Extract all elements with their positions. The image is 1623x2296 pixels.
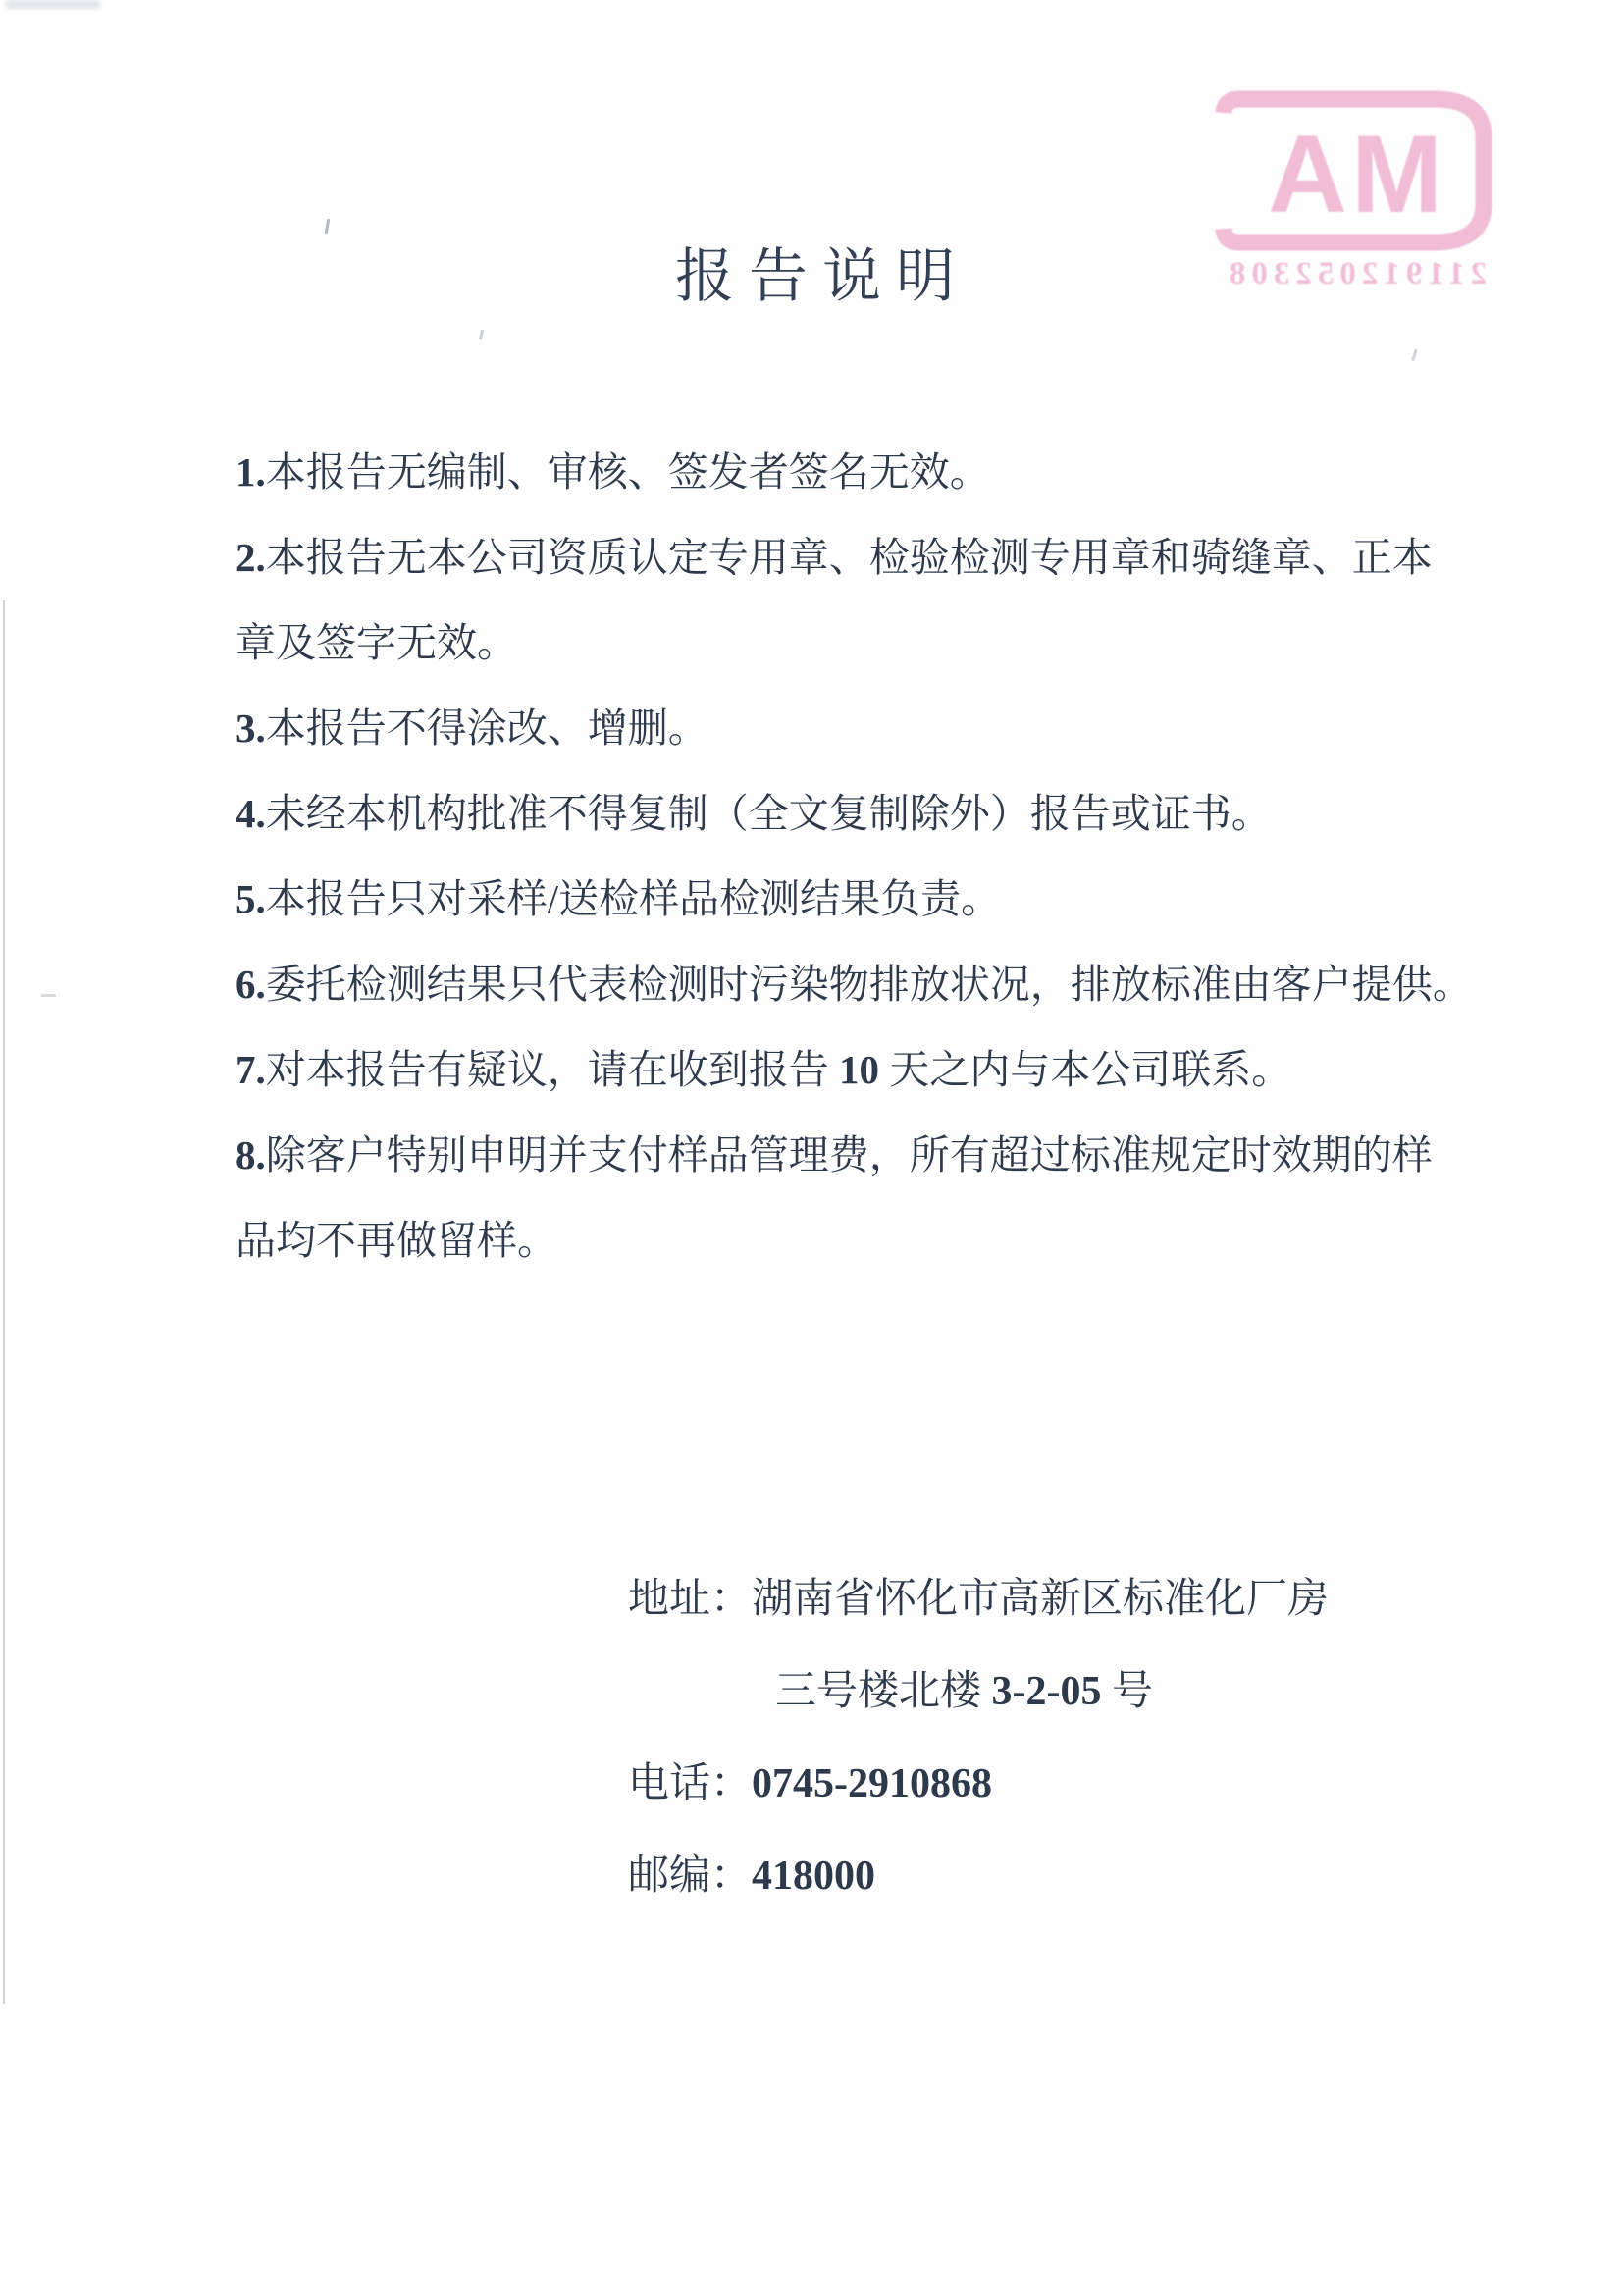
text-segment: 本报告不得涂改、增删。 (266, 705, 708, 751)
text-segment: 3. (236, 705, 266, 751)
note-line: 5.本报告只对采样/送检样品检测结果负责。 (236, 857, 1472, 942)
contact-block: 地址：湖南省怀化市高新区标准化厂房三号楼北楼 3-2-05 号电话：0745-2… (628, 1553, 1374, 1922)
text-segment: 电话： (628, 1761, 752, 1806)
text-segment: 本报告只对采样/送检样品检测结果负责。 (266, 876, 1001, 921)
text-segment: 号 (1102, 1669, 1154, 1714)
note-line: 7.对本报告有疑议，请在收到报告 10 天之内与本公司联系。 (236, 1027, 1472, 1113)
text-segment: 邮编： (628, 1853, 752, 1899)
cma-stamp-letters: MA (1264, 113, 1442, 235)
note-line: 8.除客户特别申明并支付样品管理费，所有超过标准规定时效期的样 (236, 1113, 1472, 1198)
text-segment: 10 (839, 1047, 879, 1092)
text-segment: 5. (236, 876, 266, 921)
text-segment: 委托检测结果只代表检测时污染物排放状况，排放标准由客户提供。 (266, 962, 1473, 1007)
text-segment: 天之内与本公司联系。 (879, 1047, 1291, 1092)
text-segment: 章及签字无效。 (236, 620, 517, 665)
cma-stamp-outline: MA (1214, 86, 1496, 255)
text-segment: 8. (236, 1132, 266, 1177)
scan-speck (1411, 349, 1418, 361)
text-segment: 0745-2910868 (752, 1761, 992, 1806)
text-segment: 除客户特别申明并支付样品管理费，所有超过标准规定时效期的样 (266, 1132, 1433, 1177)
text-segment: 对本报告有疑议，请在收到报告 (266, 1047, 839, 1092)
note-line: 6.委托检测结果只代表检测时污染物排放状况，排放标准由客户提供。 (236, 942, 1472, 1027)
contact-row: 电话：0745-2910868 (628, 1738, 1374, 1830)
page-title: 报告说明 (675, 230, 969, 314)
note-line: 2.本报告无本公司资质认定专用章、检验检测专用章和骑缝章、正本 (236, 515, 1472, 600)
scan-smudge (6, 0, 100, 9)
cma-stamp-serial: 211912052308 (1214, 256, 1496, 292)
text-segment: 2. (236, 535, 266, 580)
note-line: 1.本报告无编制、审核、签发者签名无效。 (236, 430, 1472, 515)
text-segment: 1. (236, 449, 266, 495)
document-page: MA 211912052308 报告说明 1.本报告无编制、审核、签发者签名无效… (0, 0, 1623, 2296)
text-segment: 7. (236, 1047, 266, 1092)
contact-row: 邮编：418000 (628, 1830, 1374, 1922)
note-line: 品均不再做留样。 (236, 1198, 1472, 1283)
scan-edge-line (3, 600, 5, 2004)
scan-speck (479, 330, 484, 339)
text-segment: 本报告无编制、审核、签发者签名无效。 (266, 449, 990, 495)
note-line: 章及签字无效。 (236, 600, 1472, 686)
cma-stamp: MA 211912052308 (1214, 86, 1496, 292)
report-notes: 1.本报告无编制、审核、签发者签名无效。2.本报告无本公司资质认定专用章、检验检… (236, 430, 1472, 1283)
text-segment: 品均不再做留样。 (236, 1218, 557, 1263)
text-segment: 湖南省怀化市高新区标准化厂房 (752, 1577, 1329, 1622)
text-segment: 未经本机构批准不得复制（全文复制除外）报告或证书。 (266, 791, 1272, 836)
text-segment: 3-2-05 (992, 1669, 1102, 1714)
scan-speck (325, 219, 331, 234)
note-line: 4.未经本机构批准不得复制（全文复制除外）报告或证书。 (236, 771, 1472, 857)
text-segment: 本报告无本公司资质认定专用章、检验检测专用章和骑缝章、正本 (266, 535, 1433, 580)
text-segment: 地址： (628, 1577, 752, 1622)
text-segment: 418000 (752, 1853, 875, 1899)
contact-row: 三号楼北楼 3-2-05 号 (775, 1645, 1374, 1738)
text-segment: 6. (236, 962, 266, 1007)
note-line: 3.本报告不得涂改、增删。 (236, 686, 1472, 771)
contact-row: 地址：湖南省怀化市高新区标准化厂房 (628, 1553, 1374, 1645)
text-segment: 4. (236, 791, 266, 836)
scan-speck (41, 994, 56, 997)
text-segment: 三号楼北楼 (775, 1669, 992, 1714)
